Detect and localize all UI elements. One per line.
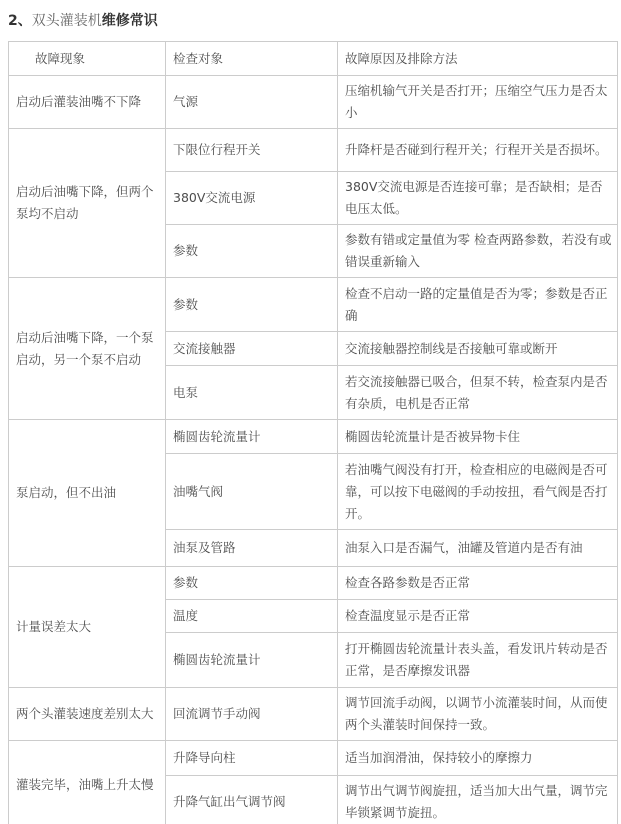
check-object-cell: 回流调节手动阀 <box>166 688 338 741</box>
column-header-cause-remedy: 故障原因及排除方法 <box>338 42 618 76</box>
fault-cell: 灌装完毕，油嘴上升太慢 <box>9 741 166 824</box>
remedy-cell: 调节出气调节阀旋扭，适当加大出气量，调节完毕锁紧调节旋扭。 <box>338 776 618 824</box>
title-number: 2、 <box>8 13 32 29</box>
remedy-cell: 适当加润滑油，保持较小的摩擦力 <box>338 741 618 776</box>
remedy-cell: 油泵入口是否漏气，油罐及管道内是否有油 <box>338 530 618 567</box>
title-machine-name: 双头灌装机 <box>32 13 102 29</box>
fault-cell: 泵启动，但不出油 <box>9 420 166 567</box>
troubleshooting-table: 故障现象 检查对象 故障原因及排除方法 启动后灌装油嘴不下降 气源 压缩机输气开… <box>8 41 618 824</box>
remedy-cell: 检查不启动一路的定量值是否为零；参数是否正确 <box>338 278 618 332</box>
fault-cell: 启动后油嘴下降，但两个泵均不启动 <box>9 129 166 278</box>
check-object-cell: 电泵 <box>166 366 338 420</box>
remedy-cell: 380V交流电源是否连接可靠；是否缺相；是否电压太低。 <box>338 172 618 225</box>
fault-cell: 两个头灌装速度差别太大 <box>9 688 166 741</box>
document-page: 2、双头灌装机维修常识 故障现象 检查对象 故障原因及排除方法 启动后灌装油嘴不… <box>0 0 621 824</box>
check-object-cell: 椭圆齿轮流量计 <box>166 420 338 454</box>
header-row: 故障现象 检查对象 故障原因及排除方法 <box>9 42 618 76</box>
page-title: 2、双头灌装机维修常识 <box>8 12 613 30</box>
table-row: 泵启动，但不出油 椭圆齿轮流量计 椭圆齿轮流量计是否被异物卡住 <box>9 420 618 454</box>
check-object-cell: 油泵及管路 <box>166 530 338 567</box>
remedy-cell: 交流接触器控制线是否接触可靠或断开 <box>338 332 618 366</box>
table-row: 启动后油嘴下降，一个泵启动，另一个泵不启动 参数 检查不启动一路的定量值是否为零… <box>9 278 618 332</box>
column-header-check-object: 检查对象 <box>166 42 338 76</box>
check-object-cell: 参数 <box>166 225 338 278</box>
check-object-cell: 温度 <box>166 600 338 633</box>
remedy-cell: 若交流接触器已吸合，但泵不转，检查泵内是否有杂质，电机是否正常 <box>338 366 618 420</box>
check-object-cell: 气源 <box>166 76 338 129</box>
remedy-cell: 升降杆是否碰到行程开关；行程开关是否损坏。 <box>338 129 618 172</box>
remedy-cell: 压缩机输气开关是否打开；压缩空气压力是否太小 <box>338 76 618 129</box>
fault-cell: 计量误差太大 <box>9 567 166 688</box>
check-object-cell: 参数 <box>166 278 338 332</box>
table-row: 灌装完毕，油嘴上升太慢 升降导向柱 适当加润滑油，保持较小的摩擦力 <box>9 741 618 776</box>
fault-cell: 启动后灌装油嘴不下降 <box>9 76 166 129</box>
table-row: 两个头灌装速度差别太大 回流调节手动阀 调节回流手动阀，以调节小流灌装时间，从而… <box>9 688 618 741</box>
check-object-cell: 升降导向柱 <box>166 741 338 776</box>
column-header-fault: 故障现象 <box>9 42 166 76</box>
remedy-cell: 打开椭圆齿轮流量计表头盖，看发讯片转动是否正常，是否摩擦发讯器 <box>338 633 618 688</box>
check-object-cell: 下限位行程开关 <box>166 129 338 172</box>
table-row: 启动后灌装油嘴不下降 气源 压缩机输气开关是否打开；压缩空气压力是否太小 <box>9 76 618 129</box>
remedy-cell: 检查各路参数是否正常 <box>338 567 618 600</box>
check-object-cell: 参数 <box>166 567 338 600</box>
table-row: 计量误差太大 参数 检查各路参数是否正常 <box>9 567 618 600</box>
remedy-cell: 调节回流手动阀，以调节小流灌装时间，从而使两个头灌装时间保持一致。 <box>338 688 618 741</box>
check-object-cell: 交流接触器 <box>166 332 338 366</box>
title-topic: 维修常识 <box>102 13 158 29</box>
fault-cell: 启动后油嘴下降，一个泵启动，另一个泵不启动 <box>9 278 166 420</box>
remedy-cell: 参数有错或定量值为零 检查两路参数，若没有或错误重新输入 <box>338 225 618 278</box>
check-object-cell: 升降气缸出气调节阀 <box>166 776 338 824</box>
check-object-cell: 椭圆齿轮流量计 <box>166 633 338 688</box>
remedy-cell: 若油嘴气阀没有打开，检查相应的电磁阀是否可靠，可以按下电磁阀的手动按扭，看气阀是… <box>338 454 618 530</box>
remedy-cell: 椭圆齿轮流量计是否被异物卡住 <box>338 420 618 454</box>
remedy-cell: 检查温度显示是否正常 <box>338 600 618 633</box>
check-object-cell: 380V交流电源 <box>166 172 338 225</box>
table-row: 启动后油嘴下降，但两个泵均不启动 下限位行程开关 升降杆是否碰到行程开关；行程开… <box>9 129 618 172</box>
check-object-cell: 油嘴气阀 <box>166 454 338 530</box>
